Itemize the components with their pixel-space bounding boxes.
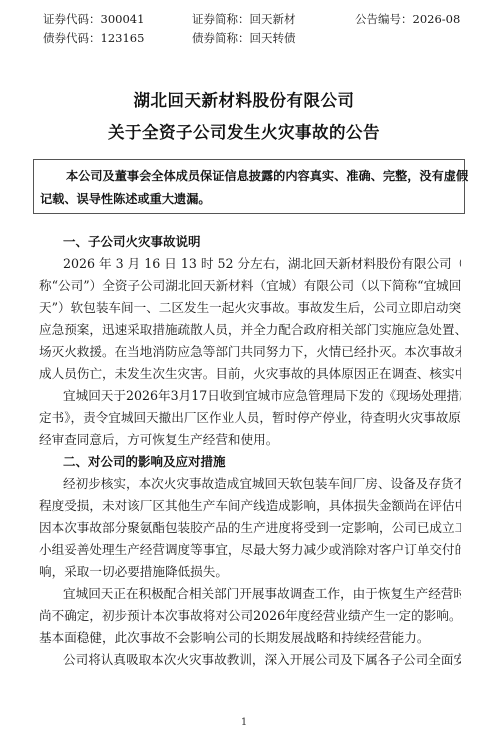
paragraph-line: 尚不确定，初步预计本次事故将对公司2026年度经营业绩产生一定的影响。公司 [39, 605, 461, 627]
paragraph-line: 宜城回天于2026年3月17日收到宜城市应急管理局下发的《现场处理措施决 [39, 385, 461, 407]
paragraph-line: 场灭火救援。在当地消防应急等部门共同努力下，火情已经扑灭。本次事故未造 [39, 341, 461, 363]
company-title: 湖北回天新材料股份有限公司 [0, 87, 488, 111]
notice-line-2: 记载、误导性陈述或重大遗漏。 [40, 188, 458, 211]
announcement-number: 公告编号：2026-08 [355, 12, 460, 26]
announcement-title: 关于全资子公司发生火灾事故的公告 [0, 119, 488, 143]
section-1: 一、子公司火灾事故说明 2026 年 3 月 16 日 13 时 52 分左右，… [39, 231, 461, 671]
stock-name: 证券简称：回天新材 [192, 12, 296, 26]
notice-line-1: 本公司及董事会全体成员保证信息披露的内容真实、准确、完整，没有虚假 [40, 165, 458, 188]
paragraph-line: 宜城回天正在积极配合相关部门开展事故调查工作，由于恢复生产经营时间 [39, 583, 461, 605]
stock-code: 证券代码：300041 [43, 12, 144, 26]
paragraph-line: 成人员伤亡，未发生次生灾害。目前，火灾事故的具体原因正在调查、核实中。 [39, 363, 461, 385]
bond-code: 债券代码：123165 [43, 31, 144, 45]
paragraph-line: 称“公司”）全资子公司湖北回天新材料（宜城）有限公司（以下简称“宜城回 [39, 275, 461, 297]
paragraph-line: 程度受损，未对该厂区其他生产车间产线造成影响，具体损失金额尚在评估中。 [39, 495, 461, 517]
paragraph-line: 基本面稳健，此次事故不会影响公司的长期发展战略和持续经营能力。 [39, 627, 461, 649]
paragraph-line: 天”）软包装车间一、二区发生一起火灾事故。事故发生后，公司立即启动突发 [39, 297, 461, 319]
notice-text-1: 本公司及董事会全体成员保证信息披露的内容真实、准确、完整，没有虚假 [66, 169, 468, 183]
notice-text-2: 记载、误导性陈述或重大遗漏。 [40, 192, 211, 206]
paragraph-line: 因本次事故部分聚氨酯包装胶产品的生产进度将受到一定影响，公司已成立工作 [39, 517, 461, 539]
disclosure-notice-box: 本公司及董事会全体成员保证信息披露的内容真实、准确、完整，没有虚假 记载、误导性… [33, 159, 465, 214]
paragraph-line: 定书》，责令宜城回天撤出厂区作业人员，暂时停产停业，待查明火灾事故原因， [39, 407, 461, 429]
bond-name: 债券简称：回天转债 [192, 31, 296, 45]
paragraph-line: 应急预案，迅速采取措施疏散人员，并全力配合政府相关部门实施应急处置、现 [39, 319, 461, 341]
paragraph-line: 2026 年 3 月 16 日 13 时 52 分左右，湖北回天新材料股份有限公… [39, 253, 461, 275]
section-heading: 二、对公司的影响及应对措施 [39, 451, 461, 473]
paragraph-line: 经初步核实，本次火灾事故造成宜城回天软包装车间厂房、设备及存货不同 [39, 473, 461, 495]
paragraph-line: 响，采取一切必要措施降低损失。 [39, 561, 461, 583]
paragraph-line: 公司将认真吸取本次火灾事故教训，深入开展公司及下属各子公司全面安全 [39, 649, 461, 671]
paragraph-line: 经审查同意后，方可恢复生产经营和使用。 [39, 429, 461, 451]
page-number: 1 [0, 717, 488, 728]
paragraph-line: 小组妥善处理生产经营调度等事宜，尽最大努力减少或消除对客户订单交付的影 [39, 539, 461, 561]
section-heading: 一、子公司火灾事故说明 [39, 231, 461, 253]
